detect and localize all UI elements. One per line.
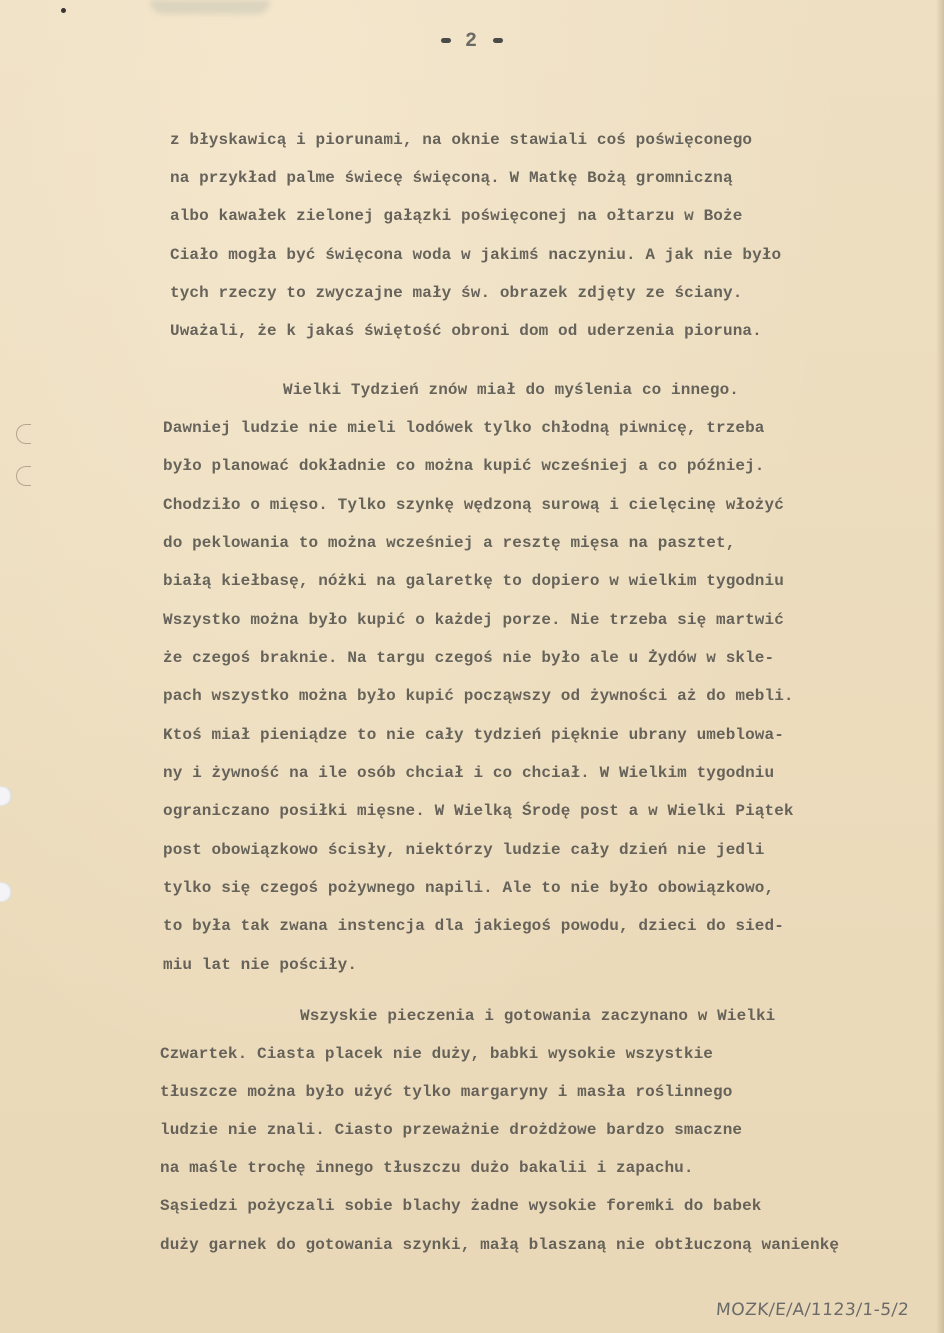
text-line: z błyskawicą i piorunami, na oknie stawi… [170, 131, 752, 149]
text-line: że czegoś braknie. Na targu czegoś nie b… [163, 649, 774, 667]
text-line: białą kiełbasę, nóżki na galaretkę to do… [163, 572, 784, 590]
text-line: Dawniej ludzie nie mieli lodówek tylko c… [163, 419, 765, 437]
text-line: to była tak zwana instencja dla jakiegoś… [163, 917, 784, 935]
text-line: tych rzeczy to zwyczajne mały św. obraze… [170, 284, 742, 302]
text-line: albo kawałek zielonej gałązki poświęcone… [170, 207, 742, 225]
binder-ring-mark [16, 466, 31, 486]
page-number-value: 2 [465, 30, 479, 53]
text-line: Wielki Tydzień znów miał do myślenia co … [283, 381, 739, 399]
dash-right [493, 38, 503, 43]
text-line: na maśle trochę innego tłuszczu dużo bak… [160, 1159, 694, 1177]
text-line: pach wszystko można było kupić począwszy… [163, 687, 794, 705]
text-line: tłuszcze można było użyć tylko margaryny… [160, 1083, 732, 1101]
text-line: ludzie nie znali. Ciasto przeważnie droż… [160, 1121, 742, 1139]
text-line: Chodziło o mięso. Tylko szynkę wędzoną s… [163, 496, 784, 514]
text-line: ny i żywność na ile osób chciał i co chc… [163, 764, 774, 782]
text-line: na przykład palme świecę święconą. W Mat… [170, 169, 733, 187]
punch-hole [0, 882, 12, 902]
text-line: ograniczano posiłki mięsne. W Wielką Śro… [163, 802, 794, 820]
archive-signature: MOZK/E/A/1123/1-5/2 [715, 1300, 910, 1320]
text-line: miu lat nie pościły. [163, 956, 357, 974]
ink-speck [61, 8, 66, 13]
text-line: Wszystko można było kupić o każdej porze… [163, 611, 784, 629]
text-line: Ktoś miał pieniądze to nie cały tydzień … [163, 726, 784, 744]
text-line: było planować dokładnie co można kupić w… [163, 457, 765, 475]
text-line: Sąsiedzi pożyczali sobie blachy żadne wy… [160, 1197, 762, 1215]
page-number: 2 [0, 30, 944, 53]
text-line: tylko się czegoś pożywnego napili. Ale t… [163, 879, 774, 897]
text-line: Czwartek. Ciasta placek nie duży, babki … [160, 1045, 713, 1063]
paper-stain [150, 0, 270, 14]
binder-ring-mark [16, 424, 31, 444]
text-line: Uważali, że k jakaś świętość obroni dom … [170, 322, 762, 340]
text-line: do peklowania to można wcześniej a reszt… [163, 534, 735, 552]
text-line: Wszyskie pieczenia i gotowania zaczynano… [300, 1007, 775, 1025]
page-edge-shadow [936, 0, 944, 1333]
punch-hole [0, 786, 12, 806]
document-page: 2 z błyskawicą i piorunami, na oknie sta… [0, 0, 944, 1333]
text-line: Ciało mogła być święcona woda w jakimś n… [170, 246, 781, 264]
text-line: post obowiązkowo ścisły, niektórzy ludzi… [163, 841, 765, 859]
text-line: duży garnek do gotowania szynki, małą bl… [160, 1236, 839, 1254]
dash-left [441, 38, 451, 43]
